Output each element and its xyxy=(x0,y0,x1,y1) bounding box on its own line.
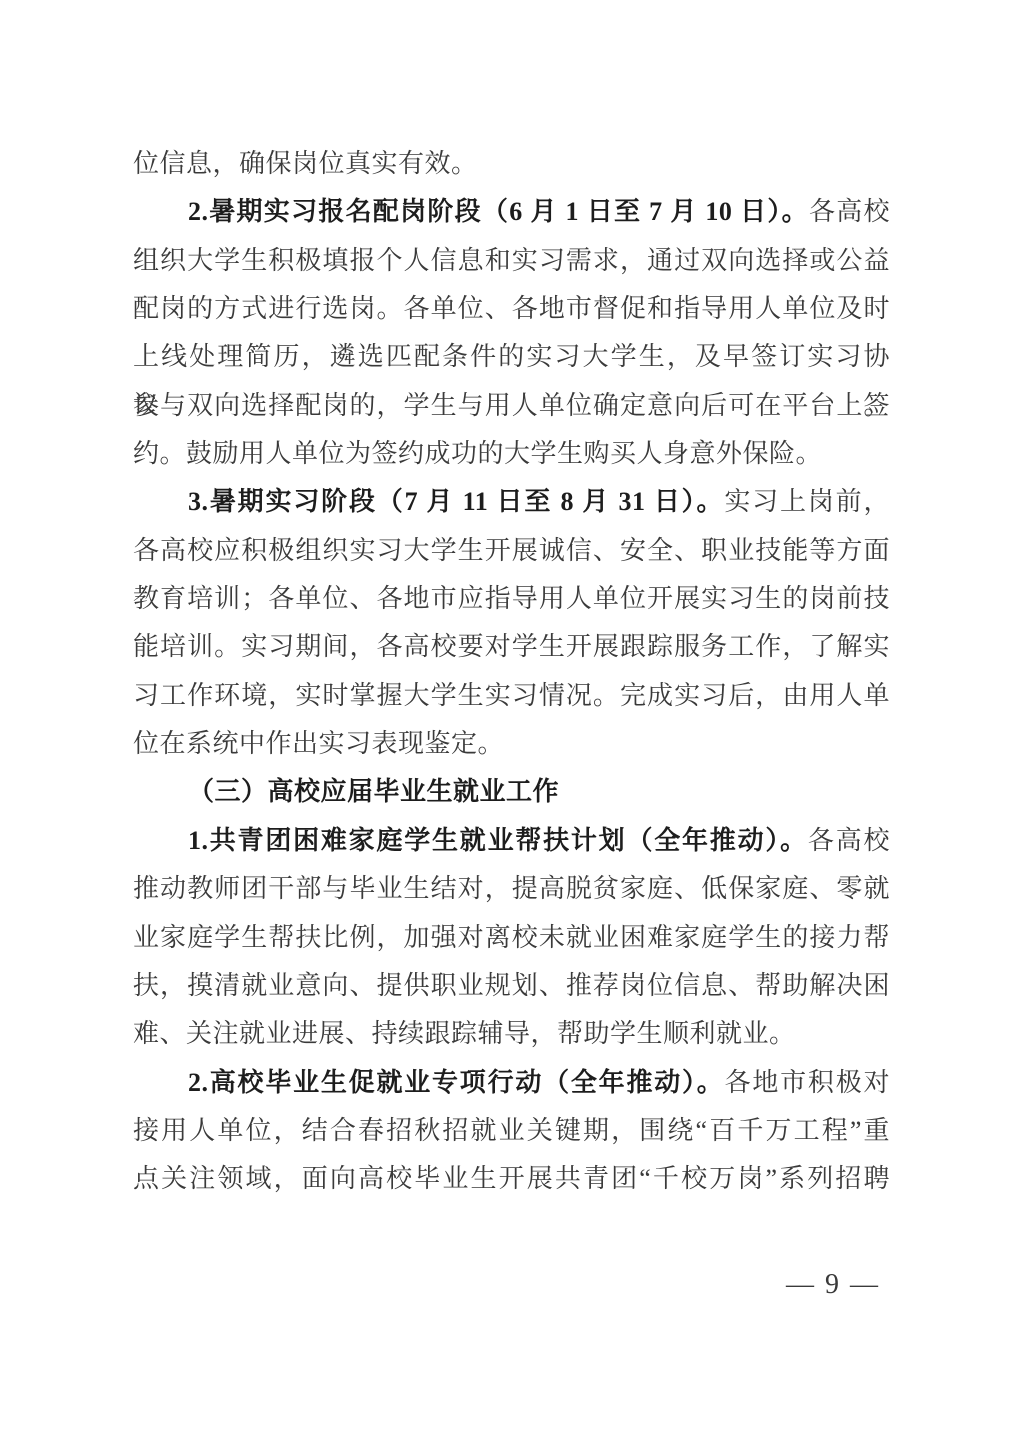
text-line: 2.暑期实习报名配岗阶段（6 月 1 日至 7 月 10 日）。各高校 xyxy=(133,188,890,236)
text-line: 位信息，确保岗位真实有效。 xyxy=(133,140,890,188)
text-line: 能培训。实习期间，各高校要对学生开展跟踪服务工作，了解实 xyxy=(133,623,890,671)
text-segment-regular: 组织大学生积极填报个人信息和实习需求，通过双向选择或公益 xyxy=(133,246,890,275)
text-segment-regular: 位信息，确保岗位真实有效。 xyxy=(133,149,478,178)
text-line: 参与双向选择配岗的，学生与用人单位确定意向后可在平台上签 xyxy=(133,382,890,430)
text-line: 2.高校毕业生促就业专项行动（全年推动）。各地市积极对 xyxy=(133,1059,890,1107)
text-segment-bold: 2.暑期实习报名配岗阶段（6 月 1 日至 7 月 10 日）。 xyxy=(188,197,809,226)
text-line: 扶，摸清就业意向、提供职业规划、推荐岗位信息、帮助解决困 xyxy=(133,962,890,1010)
text-segment-regular: 习工作环境，实时掌握大学生实习情况。完成实习后，由用人单 xyxy=(133,681,890,710)
text-segment-regular: 各高校 xyxy=(809,197,890,226)
text-segment-bold: 2.高校毕业生促就业专项行动（全年推动）。 xyxy=(188,1068,725,1097)
text-line: 推动教师团干部与毕业生结对，提高脱贫家庭、低保家庭、零就 xyxy=(133,865,890,913)
text-segment-regular: 业家庭学生帮扶比例，加强对离校未就业困难家庭学生的接力帮 xyxy=(133,923,890,952)
text-line: 组织大学生积极填报个人信息和实习需求，通过双向选择或公益 xyxy=(133,237,890,285)
text-segment-regular: 各高校应积极组织实习大学生开展诚信、安全、职业技能等方面 xyxy=(133,536,890,565)
text-segment-kaiti: （三）高校应届毕业生就业工作 xyxy=(188,777,559,806)
text-segment-regular: 扶，摸清就业意向、提供职业规划、推荐岗位信息、帮助解决困 xyxy=(133,971,890,1000)
text-segment-regular: 难、关注就业进展、持续跟踪辅导，帮助学生顺利就业。 xyxy=(133,1019,796,1048)
page-number: — 9 — xyxy=(786,1268,880,1302)
text-segment-regular: 实习上岗前， xyxy=(724,487,890,516)
text-segment-bold: 3.暑期实习阶段（7 月 11 日至 8 月 31 日）。 xyxy=(188,487,724,516)
text-segment-regular: 位在系统中作出实习表现鉴定。 xyxy=(133,729,504,758)
text-segment-regular: 约。鼓励用人单位为签约成功的大学生购买人身意外保险。 xyxy=(133,439,822,468)
text-segment-regular: 点关注领域，面向高校毕业生开展共青团“千校万岗”系列招聘 xyxy=(133,1164,890,1193)
text-segment-bold: 1.共青团困难家庭学生就业帮扶计划（全年推动）。 xyxy=(188,826,808,855)
text-line: 接用人单位，结合春招秋招就业关键期，围绕“百千万工程”重 xyxy=(133,1107,890,1155)
text-line: 位在系统中作出实习表现鉴定。 xyxy=(133,720,890,768)
text-line: 各高校应积极组织实习大学生开展诚信、安全、职业技能等方面 xyxy=(133,527,890,575)
text-segment-regular: 能培训。实习期间，各高校要对学生开展跟踪服务工作，了解实 xyxy=(133,632,890,661)
text-line: 上线处理简历，遴选匹配条件的实习大学生，及早签订实习协议。 xyxy=(133,333,890,381)
text-segment-regular: 接用人单位，结合春招秋招就业关键期，围绕“百千万工程”重 xyxy=(133,1116,890,1145)
text-line: 配岗的方式进行选岗。各单位、各地市督促和指导用人单位及时 xyxy=(133,285,890,333)
text-line: 教育培训；各单位、各地市应指导用人单位开展实习生的岗前技 xyxy=(133,575,890,623)
document-body: 位信息，确保岗位真实有效。2.暑期实习报名配岗阶段（6 月 1 日至 7 月 1… xyxy=(133,140,890,1204)
page-background: 位信息，确保岗位真实有效。2.暑期实习报名配岗阶段（6 月 1 日至 7 月 1… xyxy=(0,0,1024,1448)
text-segment-regular: 配岗的方式进行选岗。各单位、各地市督促和指导用人单位及时 xyxy=(133,294,890,323)
text-line: （三）高校应届毕业生就业工作 xyxy=(133,768,890,816)
text-line: 业家庭学生帮扶比例，加强对离校未就业困难家庭学生的接力帮 xyxy=(133,914,890,962)
document-page: { "document": { "page_number": "— 9 —", … xyxy=(0,0,1024,1448)
text-line: 点关注领域，面向高校毕业生开展共青团“千校万岗”系列招聘 xyxy=(133,1155,890,1203)
text-line: 约。鼓励用人单位为签约成功的大学生购买人身意外保险。 xyxy=(133,430,890,478)
text-segment-regular: 各地市积极对 xyxy=(725,1068,890,1097)
text-segment-regular: 参与双向选择配岗的，学生与用人单位确定意向后可在平台上签 xyxy=(133,391,890,420)
text-line: 难、关注就业进展、持续跟踪辅导，帮助学生顺利就业。 xyxy=(133,1010,890,1058)
text-line: 1.共青团困难家庭学生就业帮扶计划（全年推动）。各高校 xyxy=(133,817,890,865)
text-segment-regular: 推动教师团干部与毕业生结对，提高脱贫家庭、低保家庭、零就 xyxy=(133,874,890,903)
text-line: 3.暑期实习阶段（7 月 11 日至 8 月 31 日）。实习上岗前， xyxy=(133,478,890,526)
text-segment-regular: 各高校 xyxy=(808,826,890,855)
text-line: 习工作环境，实时掌握大学生实习情况。完成实习后，由用人单 xyxy=(133,672,890,720)
text-segment-regular: 教育培训；各单位、各地市应指导用人单位开展实习生的岗前技 xyxy=(133,584,890,613)
